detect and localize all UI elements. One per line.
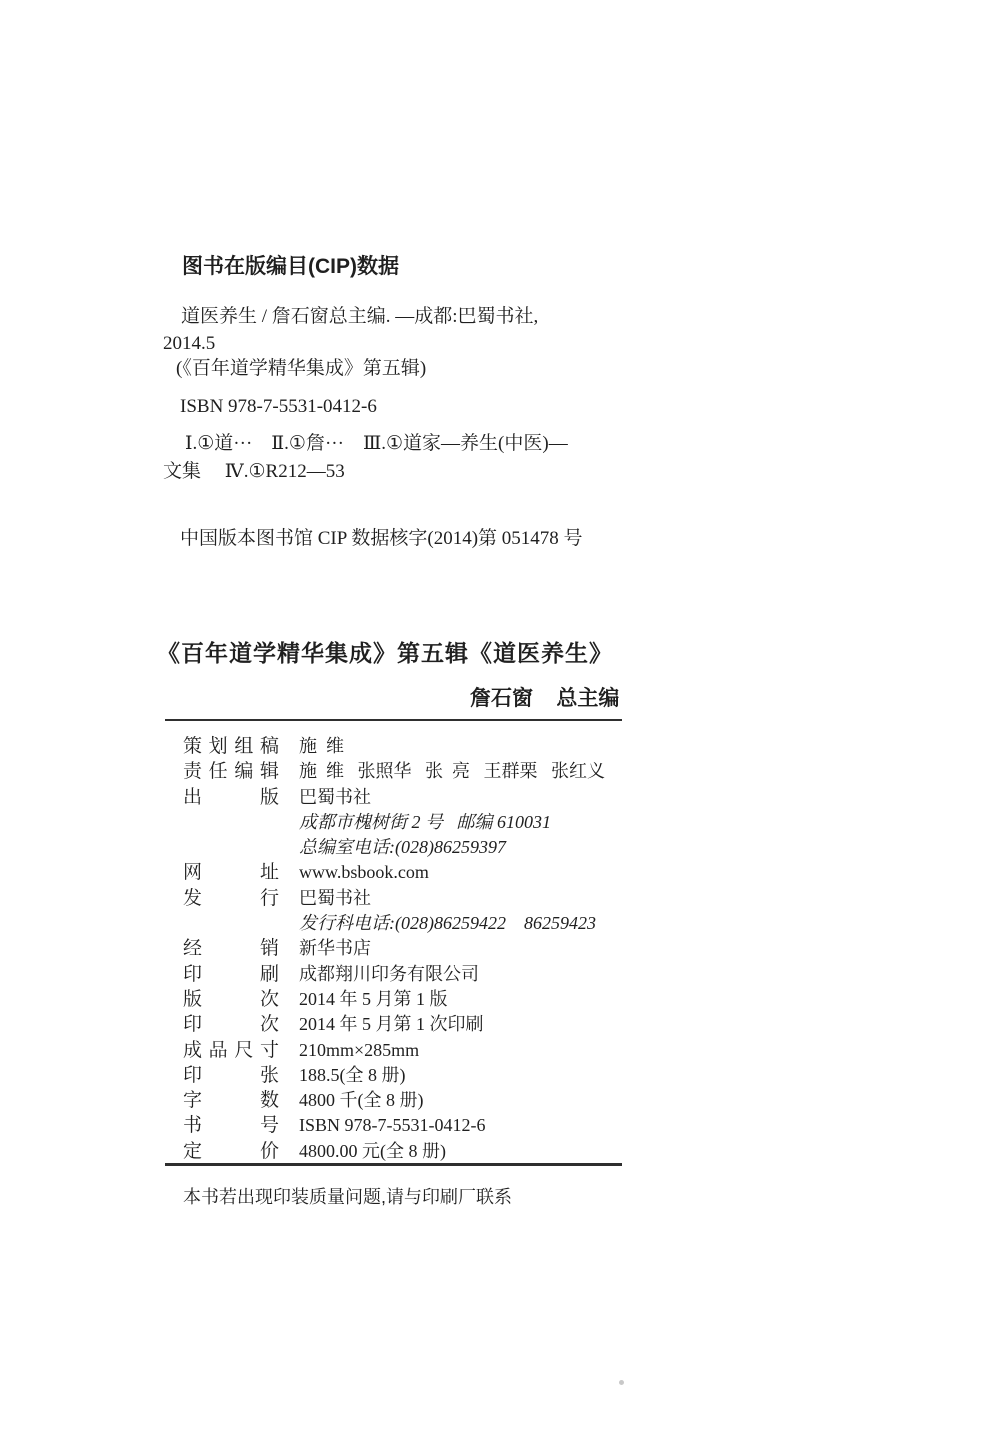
row-value: 2014 年 5 月第 1 次印刷 xyxy=(299,1012,484,1037)
colophon-row-publisher: 出版巴蜀书社 xyxy=(183,785,653,810)
row-value: 2014 年 5 月第 1 版 xyxy=(299,987,448,1012)
row-value: 成都市槐树街 2 号 邮编 610031 xyxy=(299,810,551,835)
cip-classification-line1: Ⅰ.①道··· Ⅱ.①詹··· Ⅲ.①道家—养生(中医)— xyxy=(185,432,568,456)
cip-record-number: 中国版本图书馆 CIP 数据核字(2014)第 051478 号 xyxy=(180,527,583,551)
colophon-row-distributor: 发行巴蜀书社 xyxy=(183,886,653,911)
row-label: 网址 xyxy=(183,860,279,885)
row-value: ISBN 978-7-5531-0412-6 xyxy=(299,1113,486,1138)
row-label: 印次 xyxy=(183,1012,279,1037)
row-value: 4800 千(全 8 册) xyxy=(299,1088,424,1113)
colophon-row-office-phone: 总编室电话:(028)86259397 xyxy=(183,835,653,860)
cip-entry-line2: 2014.5 xyxy=(163,332,215,356)
quality-note: 本书若出现印装质量问题,请与印刷厂联系 xyxy=(183,1186,512,1209)
row-label: 印刷 xyxy=(183,962,279,987)
row-label: 出版 xyxy=(183,785,279,810)
colophon-row-editors: 责任编辑施 维 张照华 张 亮 王群栗 张红义 xyxy=(183,759,653,784)
row-label: 版次 xyxy=(183,987,279,1012)
row-label: 印张 xyxy=(183,1063,279,1088)
row-value: 新华书店 xyxy=(299,936,371,961)
colophon-row-retailer: 经销新华书店 xyxy=(183,936,653,961)
row-value: 巴蜀书社 xyxy=(299,785,371,810)
row-label: 经销 xyxy=(183,936,279,961)
row-label: 书号 xyxy=(183,1113,279,1138)
row-label: 字数 xyxy=(183,1088,279,1113)
row-label: 策划组稿 xyxy=(183,734,279,759)
colophon-row-price: 定价4800.00 元(全 8 册) xyxy=(183,1139,653,1164)
series-title: 《百年道学精华集成》第五辑《道医养生》 xyxy=(157,639,613,668)
colophon-table: 策划组稿施 维 责任编辑施 维 张照华 张 亮 王群栗 张红义 出版巴蜀书社 成… xyxy=(183,734,653,1164)
row-value: 成都翔川印务有限公司 xyxy=(299,962,479,987)
row-label: 发行 xyxy=(183,886,279,911)
row-label: 成品尺寸 xyxy=(183,1038,279,1063)
chief-editor-line: 詹石窗 总主编 xyxy=(470,686,619,712)
divider-bottom xyxy=(165,1163,622,1166)
row-value: 4800.00 元(全 8 册) xyxy=(299,1139,446,1164)
colophon-row-wordcount: 字数4800 千(全 8 册) xyxy=(183,1088,653,1113)
row-value: 总编室电话:(028)86259397 xyxy=(299,835,506,860)
colophon-row-sales-phone: 发行科电话:(028)86259422 86259423 xyxy=(183,911,653,936)
cip-header: 图书在版编目(CIP)数据 xyxy=(182,254,399,280)
colophon-row-address: 成都市槐树街 2 号 邮编 610031 xyxy=(183,810,653,835)
copyright-page: 图书在版编目(CIP)数据 道医养生 / 詹石窗总主编. —成都:巴蜀书社, 2… xyxy=(0,0,985,1439)
scan-artifact-dot xyxy=(619,1380,624,1385)
cip-entry-line1: 道医养生 / 詹石窗总主编. —成都:巴蜀书社, xyxy=(181,305,538,329)
cip-isbn: ISBN 978-7-5531-0412-6 xyxy=(180,395,377,419)
row-value: 188.5(全 8 册) xyxy=(299,1063,406,1088)
row-value: 发行科电话:(028)86259422 86259423 xyxy=(299,911,596,936)
colophon-row-dimensions: 成品尺寸210mm×285mm xyxy=(183,1038,653,1063)
row-value: 巴蜀书社 xyxy=(299,886,371,911)
row-value: www.bsbook.com xyxy=(299,860,429,885)
row-value: 施 维 xyxy=(299,734,344,759)
row-label: 定价 xyxy=(183,1139,279,1164)
colophon-row-sheets: 印张188.5(全 8 册) xyxy=(183,1063,653,1088)
colophon-row-isbn: 书号ISBN 978-7-5531-0412-6 xyxy=(183,1113,653,1138)
colophon-row-printing: 印次2014 年 5 月第 1 次印刷 xyxy=(183,1012,653,1037)
colophon-row-edition: 版次2014 年 5 月第 1 版 xyxy=(183,987,653,1012)
row-value: 施 维 张照华 张 亮 王群栗 张红义 xyxy=(299,759,605,784)
colophon-row-website: 网址www.bsbook.com xyxy=(183,860,653,885)
row-value: 210mm×285mm xyxy=(299,1038,419,1063)
colophon-row-printer: 印刷成都翔川印务有限公司 xyxy=(183,962,653,987)
row-label: 责任编辑 xyxy=(183,759,279,784)
cip-classification-line2: 文集 Ⅳ.①R212—53 xyxy=(163,460,345,484)
divider-top xyxy=(165,719,622,721)
colophon-row-planning: 策划组稿施 维 xyxy=(183,734,653,759)
cip-series-note: (《百年道学精华集成》第五辑) xyxy=(176,357,426,381)
